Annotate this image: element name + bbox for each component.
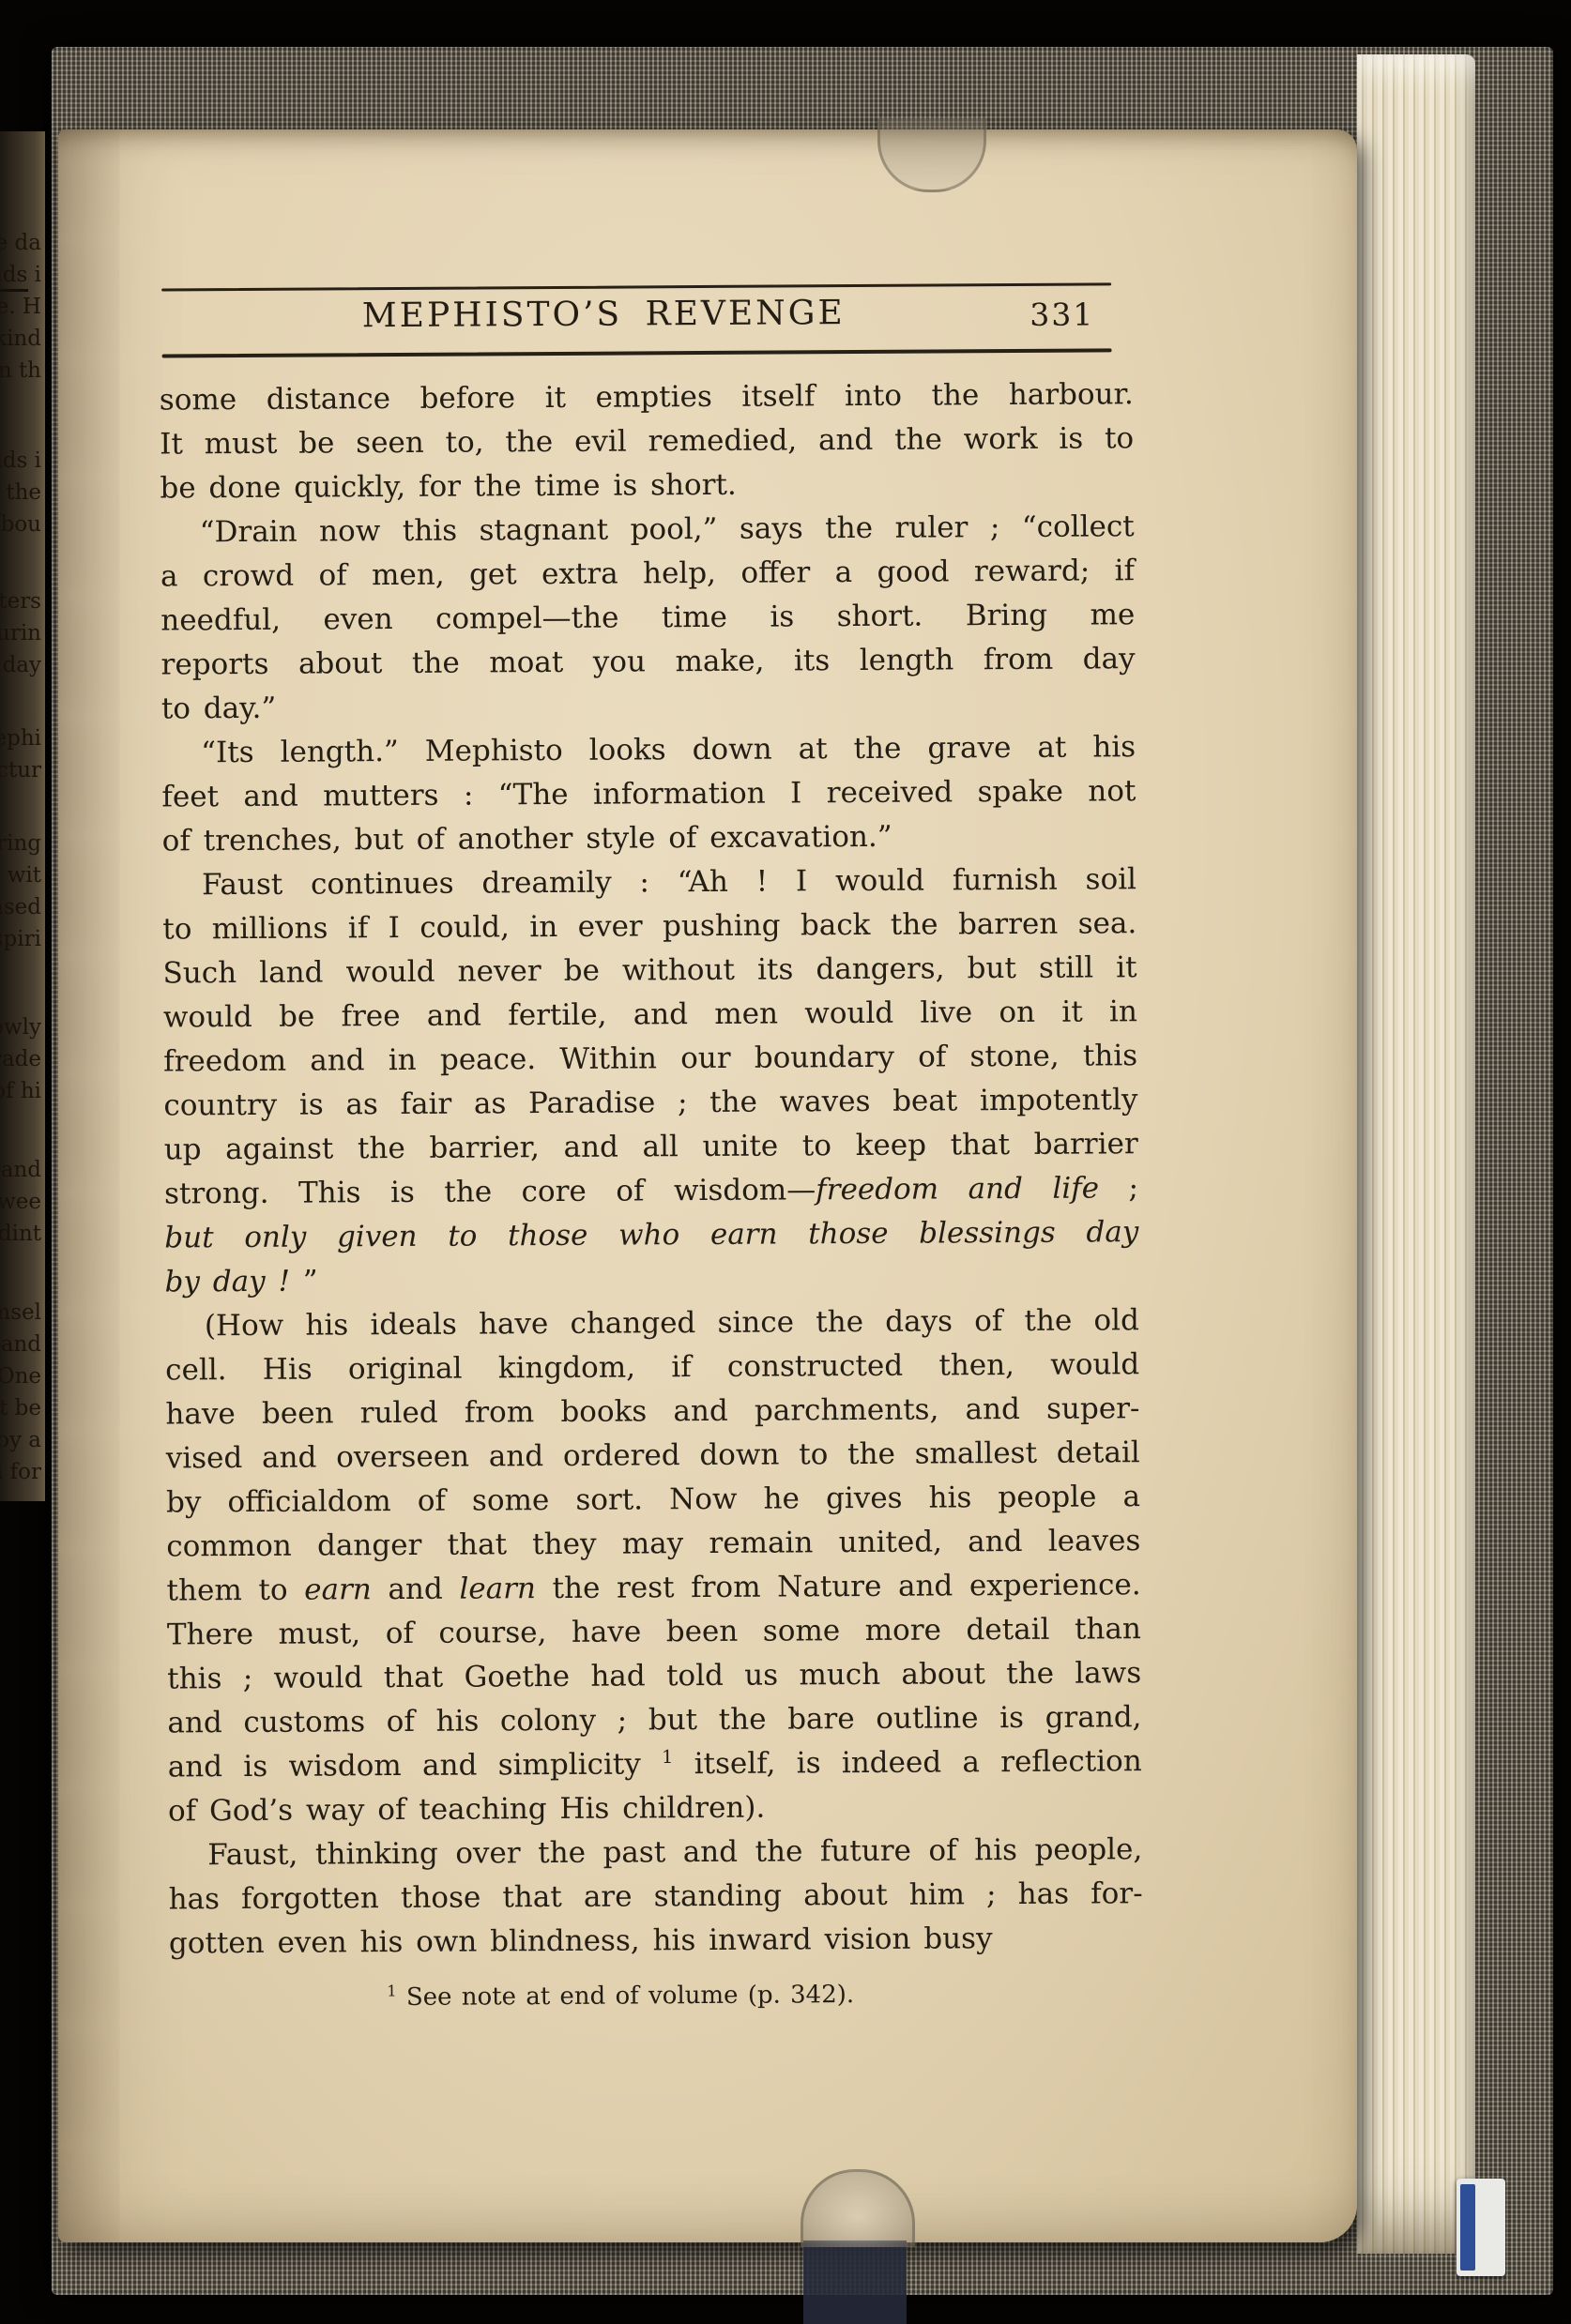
text-line: this ; would that Goethe had told us muc…	[167, 1651, 1141, 1701]
page-number: 331	[1030, 296, 1094, 332]
facing-page-text-fragment: himsel	[0, 1302, 41, 1324]
page-title: MEPHISTO’S REVENGE	[161, 293, 1045, 337]
text-line: be done quickly, for the time is short.	[160, 461, 1134, 510]
text-line: reports about the moat you make, its len…	[160, 637, 1135, 687]
text-line: strong. This is the core of wisdom—freed…	[164, 1166, 1138, 1216]
facing-page-text-fragment: I labou	[0, 514, 41, 536]
facing-page-text-fragment: ceased	[0, 897, 41, 919]
corner-sticker	[1457, 2179, 1505, 2276]
text-line: “Drain now this stagnant pool,” says the…	[160, 505, 1135, 554]
text-line: “Its length.” Mephisto looks down at the…	[161, 725, 1136, 775]
text-line: Faust continues dreamily : “Ah ! I would…	[162, 858, 1136, 907]
text-line: a crowd of men, get extra help, offer a …	[160, 549, 1135, 599]
text-line: It must be seen to, the evil remedied, a…	[160, 417, 1134, 466]
text-line: of trenches, but of another style of exc…	[162, 813, 1136, 863]
facing-page-edge: be daands ite. Hi kindon thonds iof theI…	[0, 131, 45, 1501]
facing-page-text-fragment: ustrade	[0, 1049, 41, 1071]
paragraph: “Its length.” Mephisto looks down at the…	[161, 725, 1136, 863]
text-line: up against the barrier, and all unite to…	[164, 1122, 1138, 1172]
facing-page-text-fragment: , One	[0, 1366, 41, 1388]
facing-page-text-fragment: utters	[0, 591, 41, 613]
header-rule-top	[161, 282, 1111, 291]
corner-sticker-stripe	[1460, 2184, 1475, 2271]
facing-page-text-fragment: be da	[0, 233, 41, 254]
paragraph: Faust, thinking over the past and the fu…	[168, 1828, 1143, 1966]
facing-page-text-fragment: bourin	[0, 623, 41, 645]
facing-page-text-fragment: ain for	[0, 1462, 41, 1483]
running-head: MEPHISTO’S REVENGE 331	[161, 267, 1112, 359]
text-line: by officialdom of some sort. Now he give…	[166, 1475, 1140, 1525]
facing-page-text-fragment: of the	[0, 482, 41, 504]
paragraph: (How his ideals have changed since the d…	[165, 1299, 1142, 1833]
text-line: freedom and in peace. Within our boundar…	[163, 1034, 1137, 1084]
paragraph: some distance before it empties itself i…	[160, 372, 1135, 510]
facing-page-text-fragment: of hi	[0, 1081, 41, 1102]
facing-page-text-fragment: a spiri	[0, 929, 41, 950]
text-line: to millions if I could, in ever pushing …	[162, 902, 1136, 951]
text-line: would be free and fertile, and men would…	[163, 990, 1137, 1040]
text-line: have been ruled from books and parchment…	[165, 1387, 1139, 1436]
text-line: needful, even compel—the time is short. …	[160, 593, 1135, 643]
text-line: by day ! ”	[164, 1254, 1138, 1304]
text-line: to day.”	[161, 681, 1136, 731]
text-line: gotten even his own blindness, his inwar…	[169, 1916, 1143, 1966]
facing-page-text-fragment: Mephi	[0, 728, 41, 750]
text-line: has forgotten those that are standing ab…	[168, 1872, 1142, 1921]
text-block: some distance before it empties itself i…	[160, 372, 1144, 2021]
text-line: feet and mutters : “The information I re…	[161, 769, 1136, 819]
book-scan-photo: MEPHISTO’S REVENGE 331 some distance bef…	[0, 0, 1571, 2324]
text-line: of God’s way of teaching His children).	[168, 1784, 1142, 1833]
facing-page-text-fragment: slowly	[0, 1017, 41, 1039]
facing-page-text-fragment: ad, wit	[0, 865, 41, 887]
footnote-text: 1 See note at end of volume (p. 342).	[133, 1971, 1107, 2021]
facing-page-text-fragment: te. H	[0, 296, 41, 318]
text-line: but only given to those who earn those b…	[164, 1210, 1138, 1260]
facing-page-text-fragment: ur, and	[0, 1334, 41, 1356]
facing-page-text-fragment: betwee	[0, 1192, 41, 1213]
text-line: Such land would never be without its dan…	[162, 946, 1136, 995]
facing-page-rule-fragment	[0, 289, 28, 292]
facing-page-text-fragment: i kind	[0, 328, 41, 350]
text-line: common danger that they may remain unite…	[166, 1519, 1140, 1569]
text-line: cell. His original kingdom, if construct…	[165, 1343, 1139, 1392]
text-line: and is wisdom and simplicity 1 itself, i…	[168, 1739, 1142, 1789]
text-line: Faust, thinking over the past and the fu…	[168, 1828, 1142, 1877]
facing-page-text-fragment: ardint	[0, 1223, 41, 1245]
text-line: (How his ideals have changed since the d…	[165, 1299, 1139, 1348]
text-line: and customs of his colony ; but the bare…	[167, 1695, 1141, 1745]
facing-page-text-fragment: lickering	[0, 833, 41, 855]
paragraph: Faust continues dreamily : “Ah ! I would…	[162, 858, 1139, 1304]
facing-page-text-fragment: onds i	[0, 450, 41, 472]
page-fore-edge-stack	[1357, 54, 1475, 2254]
page-holder-strap-shadow	[803, 2240, 907, 2324]
facing-page-text-fragment: on th	[0, 360, 41, 382]
text-line: some distance before it empties itself i…	[160, 372, 1134, 422]
facing-page-text-fragment: pictur	[0, 760, 41, 782]
facing-page-text-fragment: he day	[0, 655, 41, 676]
text-line: vised and overseen and ordered down to t…	[166, 1431, 1140, 1481]
facing-page-text-fragment: w and	[0, 1160, 41, 1181]
facing-page-text-fragment: ust be	[0, 1398, 41, 1420]
facing-page-text-fragment: ands i	[0, 265, 41, 286]
facing-page-text-fragment: d by a	[0, 1430, 41, 1451]
paragraph: “Drain now this stagnant pool,” says the…	[160, 505, 1136, 731]
header-rule-bottom	[162, 348, 1112, 357]
text-line: them to earn and learn the rest from Nat…	[166, 1563, 1140, 1613]
book-page: MEPHISTO’S REVENGE 331 some distance bef…	[58, 129, 1357, 2242]
text-line: country is as fair as Paradise ; the wav…	[163, 1078, 1137, 1128]
text-line: There must, of course, have been some mo…	[167, 1607, 1141, 1657]
